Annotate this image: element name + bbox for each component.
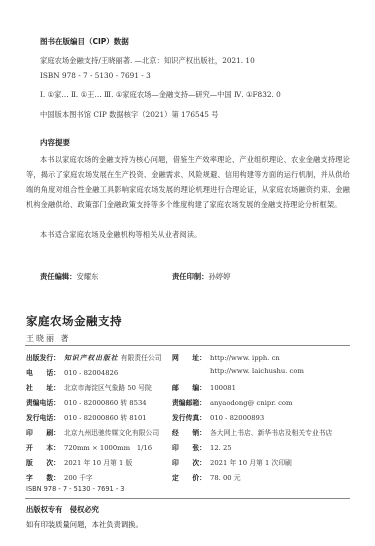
- info-value: 12. 25: [210, 444, 232, 452]
- cip-record-number: 中国版本图书馆 CIP 数据核字（2021）第 176545 号: [40, 110, 219, 120]
- info-value: 2021 年 10 月第 1 版: [64, 459, 132, 467]
- publication-info-left: 字 数：200 千字: [26, 472, 93, 482]
- responsible-printer: 责任印制：孙婷婷: [172, 272, 230, 282]
- editor-label: 责任编辑：: [40, 272, 76, 281]
- info-label: 电 话：: [26, 367, 64, 377]
- divider-top: [25, 345, 350, 346]
- isbn-footer: ISBN 978 - 7 - 5130 - 7691 - 3: [26, 485, 125, 493]
- publication-info-right: 邮 编：100081: [172, 382, 236, 392]
- publication-info-right: 定 价：78. 00 元: [172, 472, 241, 482]
- info-label: 责编电话：: [26, 397, 64, 407]
- info-value: 010 - 82000860 转 8534: [64, 399, 147, 407]
- info-value: 200 千字: [64, 474, 93, 482]
- publication-info-right: 印 张：12. 25: [172, 442, 232, 452]
- divider-bottom: [25, 498, 350, 499]
- info-value-suffix: 有限责任公司: [119, 354, 162, 362]
- info-label: 经 销：: [172, 427, 210, 437]
- info-label: 责编邮箱：: [172, 397, 210, 407]
- responsible-editor: 责任编辑：安耀东: [40, 272, 98, 282]
- publication-info-left: 版 次：2021 年 10 月第 1 版: [26, 457, 132, 467]
- publication-info-row: 开 本：720mm × 1000mm 1/16印 张：12. 25: [26, 442, 351, 454]
- info-label: 社 址：: [26, 382, 64, 392]
- rights-statement: 出版权专有 侵权必究: [26, 505, 99, 515]
- info-value: 78. 00 元: [210, 474, 241, 482]
- info-value: http://www. laichushu. com: [210, 367, 304, 375]
- publication-info-left: 电 话：010 - 82004826: [26, 367, 118, 377]
- publication-info-row: 印 刷：北京九州迅驰传媒文化有限公司经 销：各大网上书店、新华书店及相关专业书店: [26, 427, 351, 439]
- info-value: 北京市海淀区气象路 50 号院: [64, 384, 152, 392]
- publication-info-row: 发行电话：010 - 82000860 转 8101发行传真：010 - 820…: [26, 412, 351, 424]
- info-value: 北京九州迅驰传媒文化有限公司: [64, 429, 159, 437]
- publication-info-row: 字 数：200 千字定 价：78. 00 元: [26, 472, 351, 484]
- info-label: 印 张：: [172, 442, 210, 452]
- info-value: http://www. ipph. cn: [210, 354, 280, 362]
- info-label: 邮 编：: [172, 382, 210, 392]
- publication-info-left: 开 本：720mm × 1000mm 1/16: [26, 442, 152, 452]
- book-author: 王晓丽 著: [26, 333, 71, 344]
- info-value: 2021 年 10 月第 1 次印刷: [210, 459, 292, 467]
- info-value: 010 - 82000893: [210, 414, 264, 422]
- info-value: 720mm × 1000mm 1/16: [64, 444, 152, 452]
- publication-info-right: 责编邮箱：anyaodong@ cnipr. com: [172, 397, 292, 407]
- info-label: 出版发行：: [26, 352, 64, 362]
- info-label: 发行电话：: [26, 412, 64, 422]
- quality-notice: 如有印装质量问题，本社负责调换。: [26, 520, 143, 530]
- publication-info-right: 经 销：各大网上书店、新华书店及相关专业书店: [172, 427, 332, 437]
- publication-info-row: 社 址：北京市海淀区气象路 50 号院邮 编：100081: [26, 382, 351, 394]
- cip-heading: 图书在版编目（CIP）数据: [40, 36, 129, 47]
- info-value: 各大网上书店、新华书店及相关专业书店: [210, 429, 332, 437]
- publication-info-right: http://www. laichushu. com: [172, 367, 304, 375]
- info-label: 定 价：: [172, 472, 210, 482]
- publication-info-row: 电 话：010 - 82004826http://www. laichushu.…: [26, 367, 351, 379]
- publication-info-row: 责编电话：010 - 82000860 转 8534责编邮箱：anyaodong…: [26, 397, 351, 409]
- summary-heading: 内容提要: [40, 137, 70, 148]
- book-title: 家庭农场金融支持: [26, 313, 122, 329]
- info-value: 010 - 82004826: [64, 369, 118, 377]
- info-label: 字 数：: [26, 472, 64, 482]
- publication-info-left: 出版发行：知识产权出版社 有限责任公司: [26, 352, 162, 362]
- publication-info-row: 版 次：2021 年 10 月第 1 版印 次：2021 年 10 月第 1 次…: [26, 457, 351, 469]
- summary-audience: 本书适合家庭农场及金融机构等相关从业者阅读。: [26, 227, 350, 242]
- cip-classification-line: Ⅰ. ①家… Ⅱ. ①王… Ⅲ. ①家庭农场—金融支持—研究—中国 Ⅳ. ①F8…: [40, 90, 281, 100]
- info-value: 100081: [210, 384, 236, 392]
- info-label: 网 址：: [172, 352, 210, 362]
- publication-info-right: 印 次：2021 年 10 月第 1 次印刷: [172, 457, 292, 467]
- printer-label: 责任印制：: [172, 272, 208, 281]
- info-label: 版 次：: [26, 457, 64, 467]
- info-label: 印 刷：: [26, 427, 64, 437]
- publication-info-left: 印 刷：北京九州迅驰传媒文化有限公司: [26, 427, 159, 437]
- cip-isbn-line: ISBN 978 - 7 - 5130 - 7691 - 3: [40, 71, 151, 80]
- info-value: 知识产权出版社: [64, 354, 119, 362]
- publication-info-left: 责编电话：010 - 82000860 转 8534: [26, 397, 147, 407]
- publication-info-row: 出版发行：知识产权出版社 有限责任公司网 址：http://www. ipph.…: [26, 352, 351, 364]
- cip-catalog-line: 家庭农场金融支持/王晓丽著. —北京：知识产权出版社，2021. 10: [40, 56, 255, 66]
- info-label: 发行传真：: [172, 412, 210, 422]
- publication-info-left: 社 址：北京市海淀区气象路 50 号院: [26, 382, 152, 392]
- printer-name: 孙婷婷: [208, 272, 230, 281]
- info-value: anyaodong@ cnipr. com: [210, 399, 292, 407]
- editor-name: 安耀东: [76, 272, 98, 281]
- info-label: 印 次：: [172, 457, 210, 467]
- summary-paragraph: 本书以家庭农场的金融支持为核心问题，借鉴生产效率理论、产业组织理论、农业金融支持…: [26, 152, 350, 212]
- publication-info-right: 发行传真：010 - 82000893: [172, 412, 264, 422]
- publication-info-left: 发行电话：010 - 82000860 转 8101: [26, 412, 147, 422]
- info-value: 010 - 82000860 转 8101: [64, 414, 147, 422]
- info-label: 开 本：: [26, 442, 64, 452]
- publication-info-right: 网 址：http://www. ipph. cn: [172, 352, 280, 362]
